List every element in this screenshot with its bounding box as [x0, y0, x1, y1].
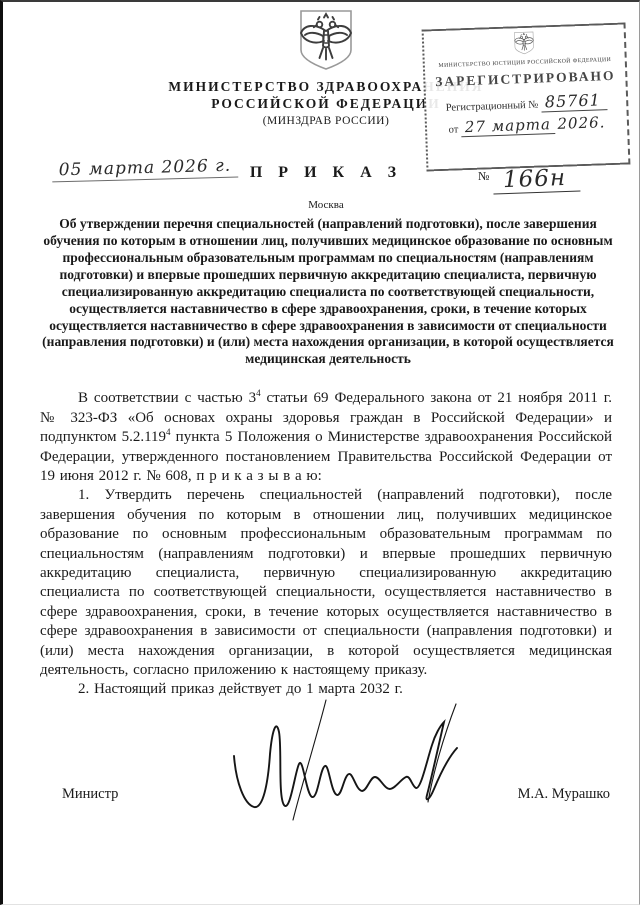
order-title: Об утверждении перечня специальностей (н…: [40, 216, 616, 368]
minister-signature: [225, 698, 475, 848]
stamp-date-prefix: от: [448, 124, 458, 135]
stamp-reg-label: Регистрационный №: [446, 100, 539, 114]
scanned-document-page: { "header": { "emblem": "russia-coat-of-…: [0, 0, 640, 905]
paragraph-preamble: В соответствии с частью 34 статьи 69 Фед…: [40, 389, 612, 486]
registration-stamp: МИНИСТЕРСТВО ЮСТИЦИИ РОССИЙСКОЙ ФЕДЕРАЦИ…: [422, 22, 631, 171]
preamble-part-1: В соответствии с частью 3: [78, 390, 256, 406]
paragraph-item-1: 1. Утвердить перечень специальностей (на…: [40, 486, 612, 680]
stamp-date-handwritten: 27 марта: [461, 115, 556, 137]
order-body: В соответствии с частью 34 статьи 69 Фед…: [40, 389, 612, 700]
stamp-reg-number-handwritten: 85761: [541, 90, 608, 112]
stamp-coat-of-arms-icon: [511, 31, 538, 56]
number-sign: №: [478, 169, 489, 183]
stamp-date-year-handwritten: 2026.: [557, 113, 606, 133]
signer-position: Министр: [62, 786, 118, 803]
russia-coat-of-arms-icon: [291, 8, 361, 72]
stamp-registration-number-line: Регистрационный № 85761: [426, 90, 627, 116]
handwritten-number-value: 166н: [493, 164, 581, 194]
city-label: Москва: [40, 199, 612, 211]
signer-name: М.А. Мурашко: [518, 786, 610, 803]
stamp-date-line: от 27 марта 2026.: [427, 112, 628, 137]
document-number: № 166н: [478, 166, 618, 193]
stamp-registered-label: ЗАРЕГИСТРИРОВАНО: [425, 68, 625, 91]
paragraph-item-2: 2. Настоящий приказ действует до 1 марта…: [40, 680, 612, 699]
